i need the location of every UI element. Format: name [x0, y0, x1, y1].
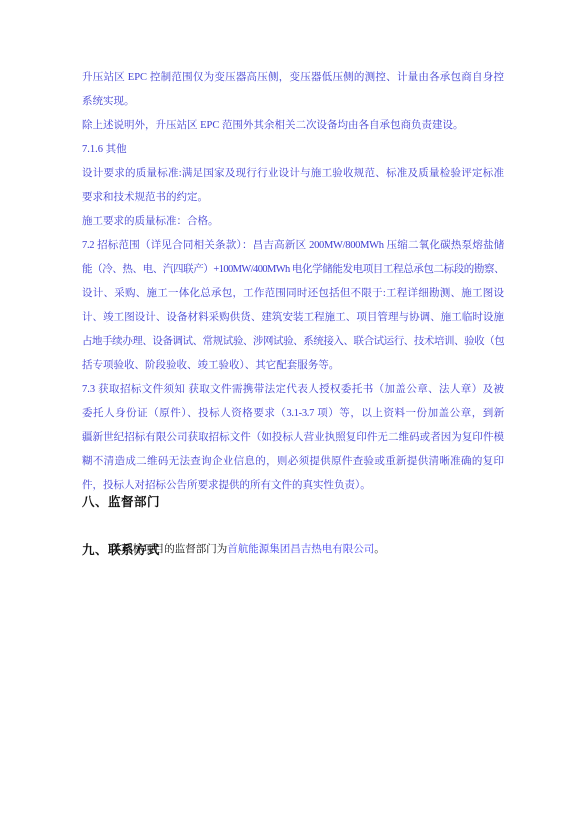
document-page: 升压站区 EPC 控制范围仅为变压器高压侧，变压器低压侧的测控、计量由各承包商自… — [0, 0, 580, 821]
paragraph-line: 疆新世纪招标有限公司获取招标文件（如投标人营业执照复印件无二维码或者因为复印件模 — [82, 426, 504, 450]
supervision-department-value: 首航能源集团昌吉热电有限公司 — [227, 544, 374, 555]
contact-row-person: 联 系 人：李岳洋 — [99, 627, 504, 651]
paragraph-line: 升压站区 EPC 控制范围仅为变压器高压侧，变压器低压侧的测控、计量由各承包商自… — [82, 66, 504, 90]
clause-number-line: 7.1.6 其他 — [82, 138, 504, 162]
paragraph-line: 计、竣工图设计、设备材料采购供货、建筑安装工程施工、项目管理与协调、施工临时设施 — [82, 306, 504, 330]
contact-row-phone: 电 话：13999993133 — [99, 651, 504, 675]
paragraph-line: 占地手续办理、设备调试、常规试验、涉网试验、系统接入、联合试运行、技术培训、验收… — [82, 330, 504, 354]
contact-row-agency: 招标代理机构：新疆新世纪招标有限公司 — [99, 717, 504, 741]
paragraph-line: 系统实现。 — [82, 90, 504, 114]
paragraph-line: 能（冷、热、电、汽四联产）+100MW/400MWh 电化学储能发电项目工程总承… — [82, 258, 504, 282]
paragraph-line: 要求和技术规范书的约定。 — [82, 186, 504, 210]
paragraph-line: 糊不清造成二维码无法查询企业信息的，则必须提供原件查验或重新提供清晰准确的复印 — [82, 450, 504, 474]
paragraph-line: 委托人身份证（原件）、投标人资格要求（3.1-3.7 项）等，以上资料一份加盖公… — [82, 402, 504, 426]
supervision-suffix: 。 — [374, 544, 385, 555]
contact-row-email: 电子邮件：/ — [99, 675, 504, 699]
contact-row-address-wrap: 室 — [82, 603, 504, 627]
paragraph-line: 7.3 获取招标文件须知 获取文件需携带法定代表人授权委托书（加盖公章、法人章）… — [82, 378, 504, 402]
blank-line — [82, 699, 504, 717]
paragraph-line: 括专项验收、阶段验收、竣工验收）、其它配套服务等。 — [82, 354, 504, 378]
paragraph-line: 设计要求的质量标准:满足国家及现行行业设计与施工验收规范、标准及质量检验评定标准 — [82, 162, 504, 186]
document-content: 升压站区 EPC 控制范围仅为变压器高压侧，变压器低压侧的测控、计量由各承包商自… — [0, 0, 580, 765]
contact-row-agency-address: 地 址： 乌鲁木齐市水磨沟区新兴街 20 号凤凰科技大厦五楼 — [99, 741, 504, 765]
paragraph-line: 7.2 招标范围（详见合同相关条款）：昌吉高新区 200MW/800MWh 压缩… — [82, 234, 504, 258]
paragraph-line: 设计、采购、施工一体化总承包，工作范围同时还包括但不限于:工程详细勘测、施工图设 — [82, 282, 504, 306]
supervision-line: 本招标项目的监督部门为首航能源集团昌吉热电有限公司。 — [96, 514, 504, 538]
paragraph-line: 除上述说明外，升压站区 EPC 范围外其余相关二次设备均由各自承包商负责建设。 — [82, 114, 504, 138]
contact-row-tenderer: 招 标 人：首航能源集团昌吉热电有限公司 — [99, 562, 504, 586]
paragraph-line: 施工要求的质量标准：合格。 — [82, 210, 504, 234]
